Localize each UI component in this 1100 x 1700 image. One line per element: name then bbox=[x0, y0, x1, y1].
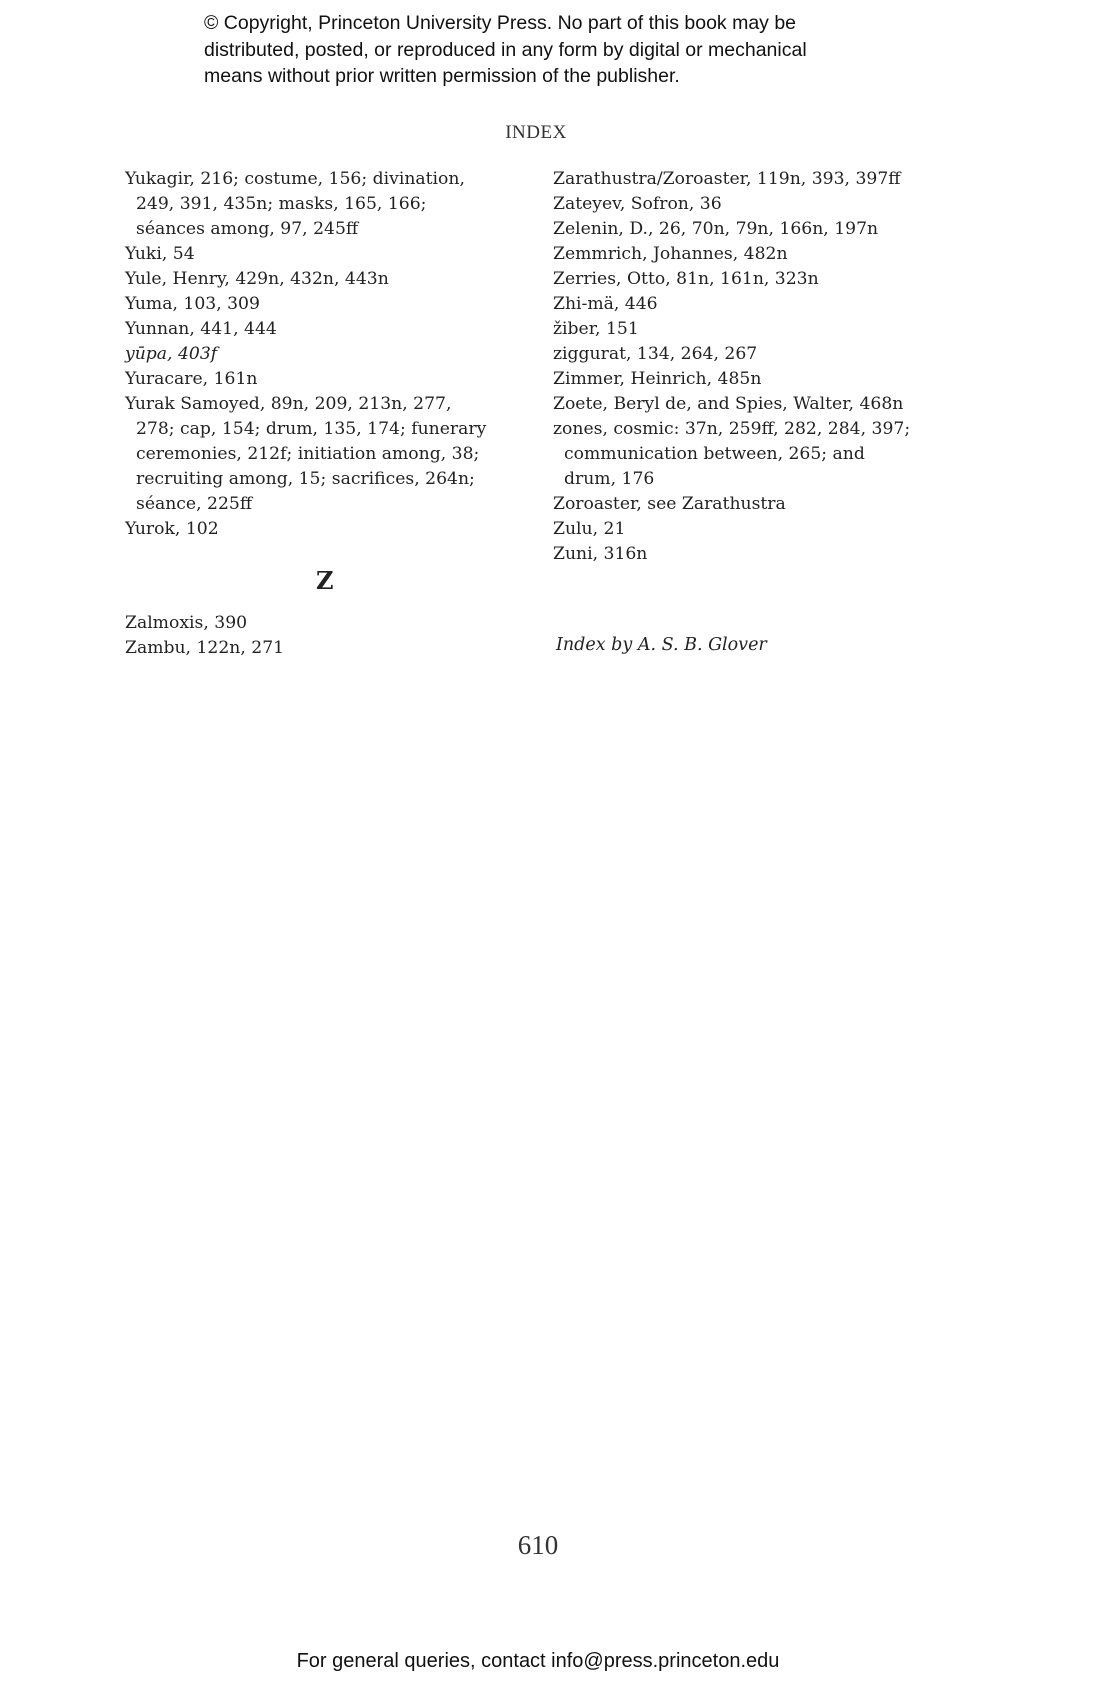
entry-line: Zambu, 122n, 271 bbox=[125, 636, 284, 661]
index-entry: Zemmrich, Johannes, 482n bbox=[553, 242, 983, 267]
entry-line: Zerries, Otto, 81n, 161n, 323n bbox=[553, 267, 983, 292]
entry-line: Zalmoxis, 390 bbox=[125, 611, 284, 636]
index-entry: Yuma, 103, 309 bbox=[125, 292, 535, 317]
entry-line: Zelenin, D., 26, 70n, 79n, 166n, 197n bbox=[553, 217, 983, 242]
index-entry: Zerries, Otto, 81n, 161n, 323n bbox=[553, 267, 983, 292]
entry-line: Zarathustra/Zoroaster, 119n, 393, 397ff bbox=[553, 167, 983, 192]
index-entry: Zateyev, Sofron, 36 bbox=[553, 192, 983, 217]
index-entry: Yunnan, 441, 444 bbox=[125, 317, 535, 342]
index-entry: Zambu, 122n, 271 bbox=[125, 636, 284, 661]
index-entry: Zhi-mä, 446 bbox=[553, 292, 983, 317]
entry-line: Yuki, 54 bbox=[125, 242, 535, 267]
entry-line: Yurok, 102 bbox=[125, 517, 535, 542]
entry-line: Zemmrich, Johannes, 482n bbox=[553, 242, 983, 267]
index-entry: Zimmer, Heinrich, 485n bbox=[553, 367, 983, 392]
entry-line: communication between, 265; and bbox=[553, 442, 983, 467]
entry-line: žiber, 151 bbox=[553, 317, 983, 342]
entry-line: Zhi-mä, 446 bbox=[553, 292, 983, 317]
section-heading-z: Z bbox=[316, 566, 334, 595]
index-entry: Zoroaster, see Zarathustra bbox=[553, 492, 983, 517]
entry-line: Yurak Samoyed, 89n, 209, 213n, 277, bbox=[125, 392, 535, 417]
page-number: 610 bbox=[0, 1530, 1076, 1561]
copyright-line: © Copyright, Princeton University Press.… bbox=[204, 10, 924, 37]
entry-line: Yukagir, 216; costume, 156; divination, bbox=[125, 167, 535, 192]
index-entry: Zoete, Beryl de, and Spies, Walter, 468n bbox=[553, 392, 983, 417]
entry-line: Zimmer, Heinrich, 485n bbox=[553, 367, 983, 392]
footer-contact: For general queries, contact info@press.… bbox=[0, 1650, 1076, 1673]
left-column-z-entries: Zalmoxis, 390 Zambu, 122n, 271 bbox=[125, 611, 284, 661]
index-credit: Index by A. S. B. Glover bbox=[556, 635, 767, 655]
entry-line: ceremonies, 212f; initiation among, 38; bbox=[125, 442, 535, 467]
entry-line: yūpa, 403f bbox=[125, 342, 535, 367]
left-column: Yukagir, 216; costume, 156; divination, … bbox=[125, 167, 535, 542]
entry-line: Zoroaster, see Zarathustra bbox=[553, 492, 983, 517]
copyright-notice: © Copyright, Princeton University Press.… bbox=[204, 10, 924, 90]
index-entry: Zelenin, D., 26, 70n, 79n, 166n, 197n bbox=[553, 217, 983, 242]
index-entry: yūpa, 403f bbox=[125, 342, 535, 367]
index-entry: žiber, 151 bbox=[553, 317, 983, 342]
entry-line: Yuma, 103, 309 bbox=[125, 292, 535, 317]
entry-line: Zuni, 316n bbox=[553, 542, 983, 567]
index-entry: Zalmoxis, 390 bbox=[125, 611, 284, 636]
entry-line: Yuracare, 161n bbox=[125, 367, 535, 392]
index-entry: Yuki, 54 bbox=[125, 242, 535, 267]
entry-line: drum, 176 bbox=[553, 467, 983, 492]
index-entry: Zuni, 316n bbox=[553, 542, 983, 567]
copyright-line: means without prior written permission o… bbox=[204, 63, 924, 90]
index-entry: ziggurat, 134, 264, 267 bbox=[553, 342, 983, 367]
entry-line: Yunnan, 441, 444 bbox=[125, 317, 535, 342]
entry-line: recruiting among, 15; sacrifices, 264n; bbox=[125, 467, 535, 492]
index-entry: Yule, Henry, 429n, 432n, 443n bbox=[125, 267, 535, 292]
running-title: INDEX bbox=[0, 122, 1072, 144]
entry-line: Zateyev, Sofron, 36 bbox=[553, 192, 983, 217]
index-entry: Zarathustra/Zoroaster, 119n, 393, 397ff bbox=[553, 167, 983, 192]
entry-line: Zulu, 21 bbox=[553, 517, 983, 542]
entry-line: 249, 391, 435n; masks, 165, 166; bbox=[125, 192, 535, 217]
index-entry: zones, cosmic: 37n, 259ff, 282, 284, 397… bbox=[553, 417, 983, 492]
entry-line: ziggurat, 134, 264, 267 bbox=[553, 342, 983, 367]
entry-line: séances among, 97, 245ff bbox=[125, 217, 535, 242]
entry-line: Yule, Henry, 429n, 432n, 443n bbox=[125, 267, 535, 292]
index-entry: Yurok, 102 bbox=[125, 517, 535, 542]
right-column: Zarathustra/Zoroaster, 119n, 393, 397ff … bbox=[553, 167, 983, 567]
copyright-line: distributed, posted, or reproduced in an… bbox=[204, 37, 924, 64]
index-entry: Yukagir, 216; costume, 156; divination, … bbox=[125, 167, 535, 242]
index-entry: Yuracare, 161n bbox=[125, 367, 535, 392]
entry-line: zones, cosmic: 37n, 259ff, 282, 284, 397… bbox=[553, 417, 983, 442]
index-entry: Zulu, 21 bbox=[553, 517, 983, 542]
entry-line: Zoete, Beryl de, and Spies, Walter, 468n bbox=[553, 392, 983, 417]
entry-line: 278; cap, 154; drum, 135, 174; funerary bbox=[125, 417, 535, 442]
index-entry: Yurak Samoyed, 89n, 209, 213n, 277, 278;… bbox=[125, 392, 535, 517]
entry-line: séance, 225ff bbox=[125, 492, 535, 517]
